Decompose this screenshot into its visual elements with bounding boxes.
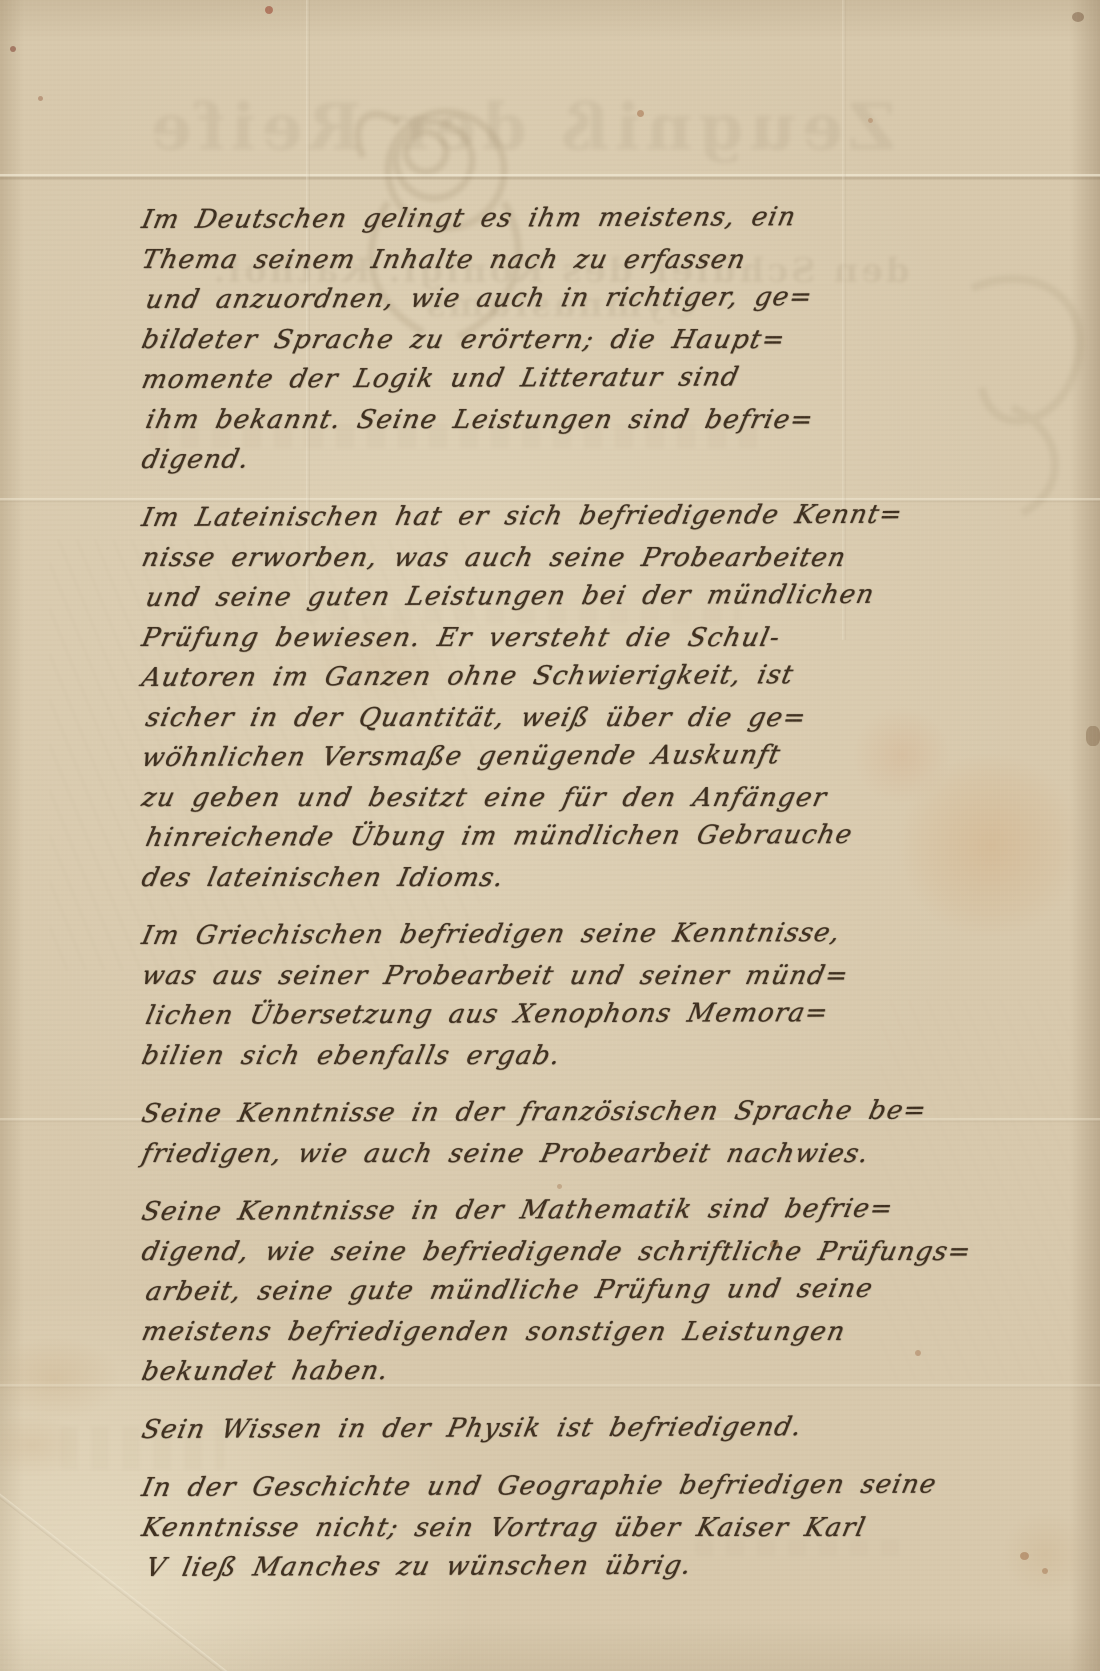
manuscript-line: In der Geschichte und Geographie befried… [138, 1464, 987, 1508]
manuscript-line: Sein Wissen in der Physik ist befriedige… [138, 1406, 987, 1450]
paper-speck [265, 6, 273, 14]
manuscript-line: hinreichende Übung im mündlichen Gebrauc… [142, 814, 987, 858]
manuscript-line: nisse erworben, was auch seine Probearbe… [138, 538, 987, 578]
manuscript-line: V ließ Manches zu wünschen übrig. [142, 1544, 987, 1588]
manuscript-line: lichen Übersetzung aus Xenophons Memora= [142, 992, 987, 1036]
paper-speck [10, 46, 16, 52]
scanned-document-page: Zeugniß der Reife den Schüler des Königl… [0, 0, 1100, 1671]
manuscript-line: Kenntnisse nicht; sein Vortrag über Kais… [138, 1508, 987, 1548]
paragraph-deutsch: Im Deutschen gelingt es ihm meistens, ei… [138, 200, 978, 480]
manuscript-line: digend. [138, 436, 987, 480]
paper-speck [637, 110, 644, 117]
manuscript-line: friedigen, wie auch seine Probearbeit na… [138, 1134, 987, 1174]
manuscript-line: momente der Logik und Litteratur sind [138, 356, 987, 400]
manuscript-line: Seine Kenntnisse in der Mathematik sind … [138, 1188, 987, 1232]
manuscript-line: Prüfung bewiesen. Er versteht die Schul- [138, 618, 987, 658]
manuscript-line: Im Deutschen gelingt es ihm meistens, ei… [138, 196, 987, 240]
manuscript-line: und seine guten Leistungen bei der mündl… [142, 574, 987, 618]
paper-speck [868, 118, 873, 123]
manuscript-line: bekundet haben. [138, 1348, 987, 1392]
manuscript-line: Im Griechischen befriedigen seine Kenntn… [138, 912, 987, 956]
paragraph-mathematik: Seine Kenntnisse in der Mathematik sind … [138, 1192, 978, 1392]
manuscript-line: Thema seinem Inhalte nach zu erfassen [138, 240, 987, 280]
ghost-letterhead-title: Zeugniß der Reife [140, 96, 900, 160]
manuscript-line: sicher in der Quantität, weiß über die g… [142, 698, 987, 738]
horizontal-fold-crease [0, 174, 1100, 180]
manuscript-line: arbeit, seine gute mündliche Prüfung und… [142, 1268, 987, 1312]
manuscript-line: ihm bekannt. Seine Leistungen sind befri… [142, 400, 987, 440]
manuscript-line: meistens befriedigenden sonstigen Leistu… [138, 1312, 987, 1352]
manuscript-line: bilien sich ebenfalls ergab. [138, 1036, 987, 1076]
manuscript-line: Seine Kenntnisse in der französischen Sp… [138, 1090, 987, 1134]
paragraph-physik: Sein Wissen in der Physik ist befriedige… [138, 1410, 978, 1450]
manuscript-line: bildeter Sprache zu erörtern; die Haupt= [138, 320, 987, 360]
manuscript-line: was aus seiner Probearbeit und seiner mü… [138, 956, 987, 996]
paragraph-latein: Im Lateinischen hat er sich befriedigend… [138, 498, 978, 898]
paragraph-griechisch: Im Griechischen befriedigen seine Kenntn… [138, 916, 978, 1076]
paper-speck [38, 96, 43, 101]
paper-speck [1086, 726, 1100, 746]
paper-speck [1042, 1568, 1048, 1574]
manuscript-line: wöhnlichen Versmaße genügende Auskunft [138, 734, 987, 778]
manuscript-line: zu geben und besitzt eine für den Anfäng… [138, 778, 987, 818]
paper-speck [1072, 12, 1084, 22]
manuscript-line: digend, wie seine befriedigende schriftl… [138, 1232, 987, 1272]
paper-speck [1020, 1552, 1029, 1560]
paragraph-franzoesisch: Seine Kenntnisse in der französischen Sp… [138, 1094, 978, 1174]
manuscript-line: Autoren im Ganzen ohne Schwierigkeit, is… [138, 654, 987, 698]
paragraph-geschichte-geographie: In der Geschichte und Geographie befried… [138, 1468, 978, 1588]
manuscript-line: Im Lateinischen hat er sich befriedigend… [138, 494, 987, 538]
manuscript-line: und anzuordnen, wie auch in richtiger, g… [142, 276, 987, 320]
manuscript-line: des lateinischen Idioms. [138, 858, 987, 898]
handwritten-report-text: Im Deutschen gelingt es ihm meistens, ei… [138, 200, 978, 1606]
